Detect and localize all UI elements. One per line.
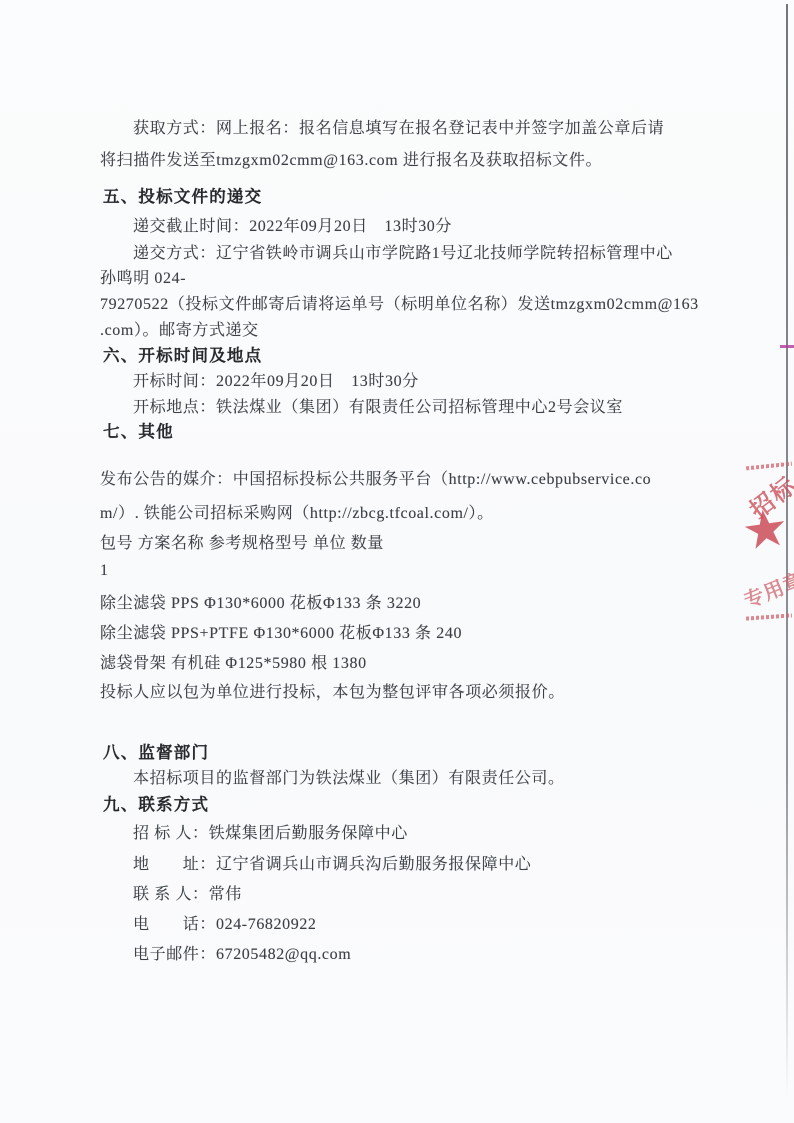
section5-method-line-2: 孙鸣明 024- — [100, 265, 710, 288]
section7-note: 投标人应以包为单位进行投标，本包为整包评审各项必须报价。 — [100, 679, 710, 702]
scan-edge-line — [786, 4, 788, 1100]
section6-open-place: 开标地点：铁法煤业（集团）有限责任公司招标管理中心2号会议室 — [133, 394, 743, 417]
acquisition-line-1: 获取方式：网上报名：报名信息填写在报名登记表中并签字加盖公章后请 — [133, 115, 743, 138]
section9-phone: 电 话：024-76820922 — [133, 911, 743, 934]
section9-bidder: 招 标 人：铁煤集团后勤服务保障中心 — [133, 820, 743, 843]
section9-email: 电子邮件：67205482@qq.com — [133, 941, 743, 964]
section7-package-number: 1 — [100, 562, 710, 580]
section5-method-line-1: 递交方式：辽宁省铁岭市调兵山市学院路1号辽北技师学院转招标管理中心 — [133, 240, 743, 263]
section9-address: 地 址：辽宁省调兵山市调兵沟后勤服务报保障中心 — [133, 851, 743, 874]
section6-heading: 六、开标时间及地点 — [103, 342, 713, 366]
section7-item-2: 除尘滤袋 PPS+PTFE Φ130*6000 花板Φ133 条 240 — [100, 620, 710, 643]
section9-heading: 九、联系方式 — [103, 791, 713, 815]
section7-item-1: 除尘滤袋 PPS Φ130*6000 花板Φ133 条 3220 — [100, 590, 710, 613]
scan-pink-mark — [780, 345, 794, 348]
section8-heading: 八、监督部门 — [103, 739, 713, 763]
section8-body: 本招标项目的监督部门为铁法煤业（集团）有限责任公司。 — [133, 765, 743, 788]
section7-table-header: 包号 方案名称 参考规格型号 单位 数量 — [100, 530, 710, 553]
section7-heading: 七、其他 — [103, 418, 713, 442]
scanned-document-page: 获取方式：网上报名：报名信息填写在报名登记表中并签字加盖公章后请 将扫描件发送至… — [0, 0, 794, 1123]
stamp-star-icon: ★ — [739, 501, 792, 559]
section7-media-line-1: 发布公告的媒介：中国招标投标公共服务平台（http://www.cebpubse… — [100, 466, 710, 489]
section5-heading: 五、投标文件的递交 — [103, 183, 713, 207]
section9-contact: 联 系 人：常伟 — [133, 881, 743, 904]
section7-item-3: 滤袋骨架 有机硅 Φ125*5980 根 1380 — [100, 650, 710, 673]
section7-media-line-2: m/）. 铁能公司招标采购网（http://zbcg.tfcoal.com/）。 — [100, 500, 710, 523]
acquisition-line-2: 将扫描件发送至tmzgxm02cmm@163.com 进行报名及获取招标文件。 — [100, 147, 710, 170]
section5-method-line-3: 79270522（投标文件邮寄后请将运单号（标明单位名称）发送tmzgxm02c… — [100, 291, 710, 314]
section6-open-time: 开标时间：2022年09月20日 13时30分 — [133, 368, 743, 391]
section5-deadline: 递交截止时间：2022年09月20日 13时30分 — [133, 213, 743, 236]
section5-method-line-4: .com）。邮寄方式递交 — [100, 317, 710, 340]
